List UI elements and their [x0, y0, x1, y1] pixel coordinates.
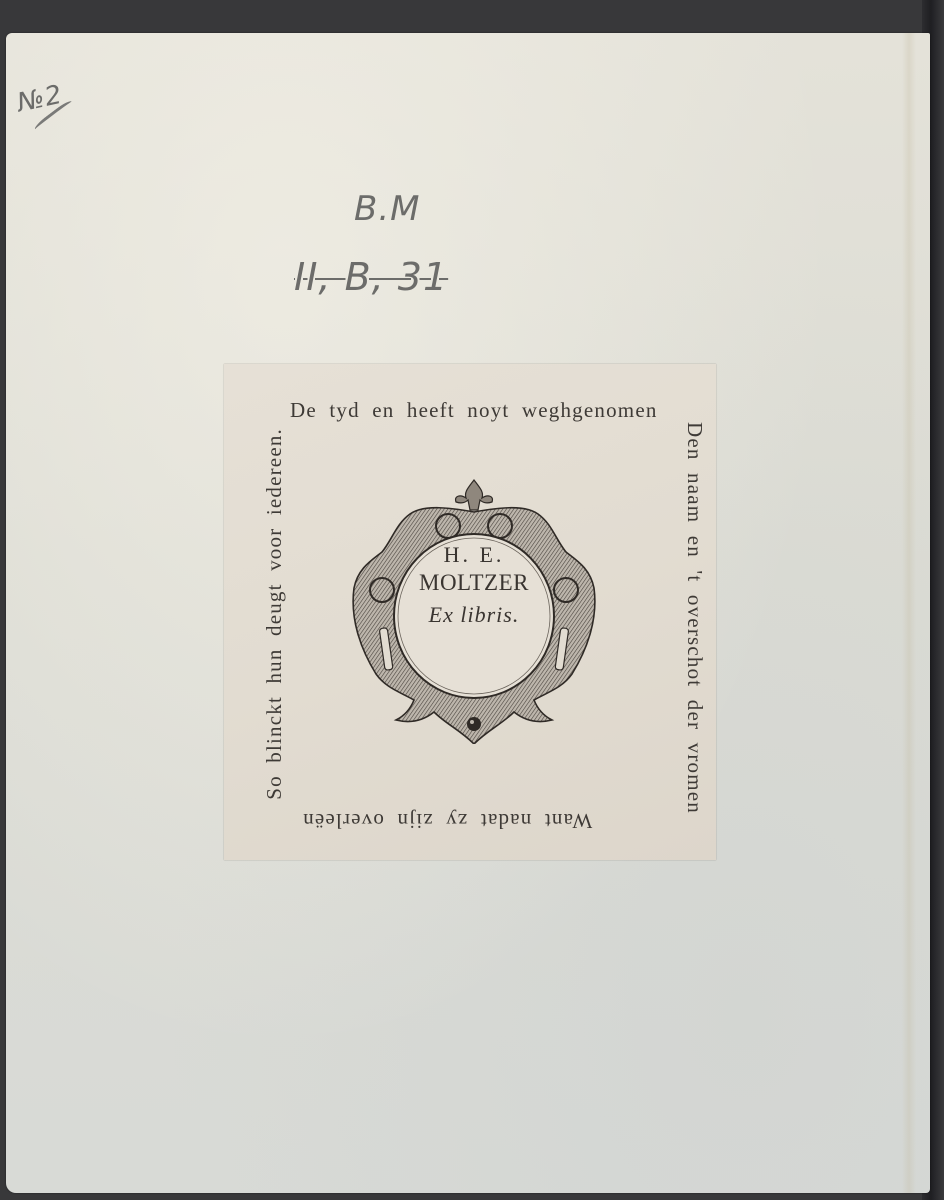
verse-bottom: Want nadat zy zijn overleën [302, 808, 592, 833]
verse-right: Den naam en 't overschot der vromen [682, 422, 707, 814]
verse-left: So blinckt hun deugt voor iedereen. [262, 428, 287, 800]
pencil-shelfmark: II, B, 31 [294, 255, 448, 299]
ex-libris-bookplate: De tyd en heeft noyt weghgenomen Den naa… [224, 364, 716, 860]
medallion-text: H. E. MOLTZER Ex libris. [404, 540, 544, 628]
ex-libris-label: Ex libris. [404, 602, 544, 628]
verse-top: De tyd en heeft noyt weghgenomen [290, 398, 658, 423]
owner-name: MOLTZER [404, 570, 544, 596]
book-page: №2 B.M II, B, 31 De tyd en heeft noyt we… [6, 33, 930, 1193]
cartouche-frame: H. E. MOLTZER Ex libris. [352, 478, 596, 744]
owner-initials: H. E. [404, 542, 544, 568]
pencil-shelf-number: №2 [15, 78, 78, 128]
pencil-library-code: B.M [354, 189, 420, 229]
